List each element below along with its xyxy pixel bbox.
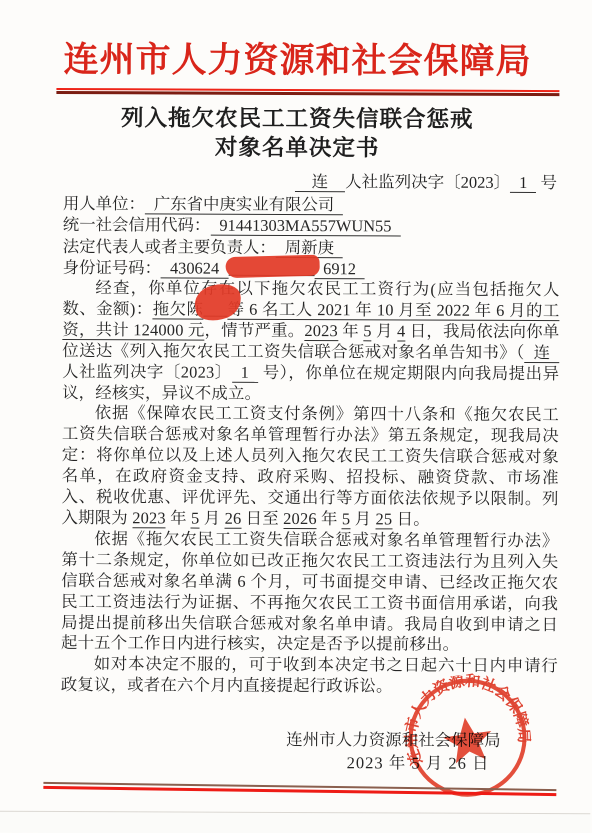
text-segment: 年 bbox=[338, 321, 363, 340]
field-label-credit-code: 统一社会信用代码： bbox=[63, 215, 211, 235]
field-row-credit-code: 统一社会信用代码：91441303MA557WUN55 bbox=[63, 214, 563, 238]
text-segment: 年 bbox=[317, 509, 342, 528]
document-content: 连州市人力资源和社会保障局 列入拖欠农民工工资失信联合惩戒 对象名单决定书 连人… bbox=[0, 0, 592, 833]
doc-no-body: 人社监列决字〔2023〕 bbox=[345, 172, 510, 192]
text-segment: 2023 bbox=[132, 508, 166, 528]
text-segment: ，情节严重。 bbox=[205, 320, 305, 339]
field-value-id-suffix: 6912 bbox=[314, 259, 365, 279]
text-segment: 年 bbox=[166, 508, 191, 527]
paragraph-findings: 经查，你单位存在以下拖欠农民工工资行为(应当包括拖欠人数、金额)：拖欠陈等 6 … bbox=[62, 278, 560, 406]
document-body: 经查，你单位存在以下拖欠农民工工资行为(应当包括拖欠人数、金额)：拖欠陈等 6 … bbox=[61, 278, 560, 698]
field-value-employer: 广东省中庚实业有限公司 bbox=[145, 194, 343, 215]
text-segment: 2023 bbox=[304, 321, 338, 341]
field-value-credit-code: 91441303MA557WUN55 bbox=[210, 216, 400, 237]
doc-no-number-blank: 1 bbox=[510, 173, 536, 193]
party-info-fields: 用人单位：广东省中庚实业有限公司 统一社会信用代码：91441303MA557W… bbox=[63, 193, 563, 281]
text-segment: 连 bbox=[525, 343, 560, 363]
document-title-line2: 对象名单决定书 bbox=[1, 132, 592, 164]
document-title: 列入拖欠农民工工资失信联合惩戒 对象名单决定书 bbox=[1, 103, 592, 164]
field-label-legal-rep: 法定代表人或者主要负责人： bbox=[63, 237, 276, 257]
text-segment: 月 bbox=[350, 509, 375, 528]
paragraph-decision: 依据《保障农民工工资支付条例》第四十八条和《拖欠农民工工资失信联合惩戒对象名单管… bbox=[62, 403, 560, 531]
text-segment: 月 bbox=[199, 509, 224, 528]
doc-no-suffix: 号 bbox=[536, 173, 557, 192]
text-segment: 5 bbox=[342, 509, 350, 529]
letterhead-divider bbox=[56, 88, 559, 96]
scanned-document-page: 连州市人力资源和社会保障局 列入拖欠农民工工资失信联合惩戒 对象名单决定书 连人… bbox=[0, 0, 592, 833]
text-segment: 4 bbox=[397, 321, 405, 341]
scan-page-edge bbox=[0, 811, 590, 833]
field-value-id-prefix: 430624 bbox=[161, 259, 228, 279]
paragraph-early-removal: 依据《拖欠农民工工资失信联合惩戒对象名单管理暂行办法》第十二条规定，你单位如已改… bbox=[61, 529, 559, 657]
redaction-scribble-id bbox=[228, 260, 314, 276]
field-label-employer: 用人单位： bbox=[63, 194, 145, 213]
text-segment: 人社监列决字〔2023〕 bbox=[62, 362, 232, 382]
doc-no-region-blank: 连 bbox=[295, 172, 346, 192]
text-segment: 1 bbox=[232, 362, 258, 382]
field-row-id-number: 身份证号码：4306246912 bbox=[63, 257, 563, 281]
field-label-id-number: 身份证号码： bbox=[63, 258, 161, 277]
text-segment: 日至 bbox=[241, 509, 283, 528]
agency-letterhead: 连州市人力资源和社会保障局 bbox=[1, 32, 592, 85]
field-row-employer: 用人单位：广东省中庚实业有限公司 bbox=[63, 193, 563, 217]
text-segment: 26 bbox=[225, 509, 242, 529]
document-number: 连人社监列决字〔2023〕1 号 bbox=[295, 168, 557, 193]
text-segment: 日。 bbox=[392, 509, 430, 528]
redaction-scribble-name bbox=[203, 300, 227, 317]
text-segment: 依据《拖欠农民工工资失信联合惩戒对象名单管理暂行办法》第十二条规定，你单位如已改… bbox=[61, 529, 559, 654]
document-title-line1: 列入拖欠农民工工资失信联合惩戒 bbox=[1, 103, 592, 135]
text-segment: 2026 bbox=[283, 509, 317, 529]
text-segment: 5 bbox=[191, 509, 199, 529]
star-icon bbox=[441, 714, 495, 764]
text-segment: 月 bbox=[372, 321, 397, 340]
text-segment: 25 bbox=[376, 509, 393, 529]
